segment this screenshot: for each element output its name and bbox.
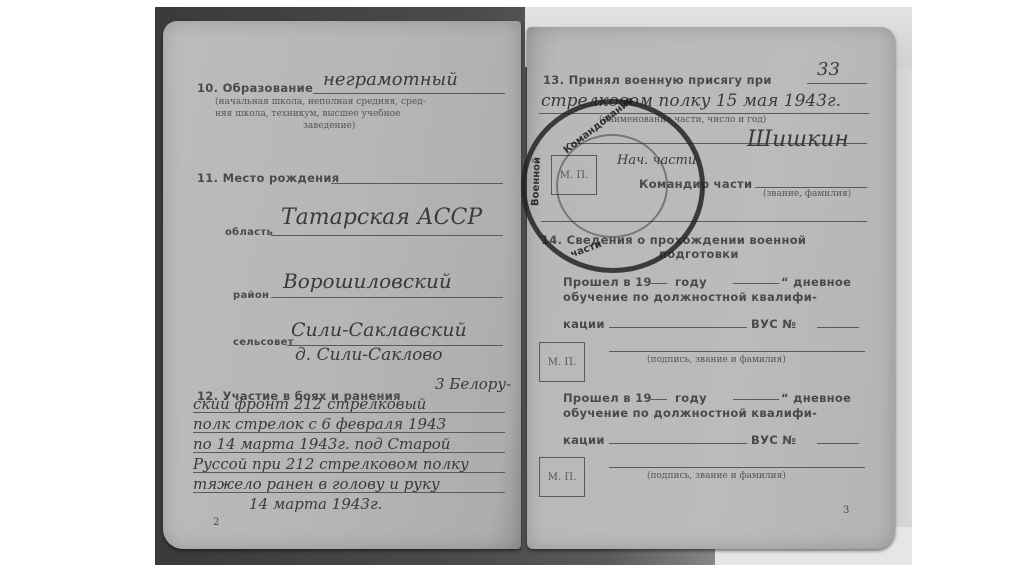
training-1-year-label: Прошел в 19 bbox=[563, 275, 652, 289]
training-2-seal-box: М. П. bbox=[539, 457, 585, 497]
training-2-qual-label: кации bbox=[563, 433, 605, 447]
oath-underline-1 bbox=[807, 83, 867, 84]
training-1-qual-label: кации bbox=[563, 317, 605, 331]
combat-line-6: тяжело ранен в голову и руку bbox=[193, 475, 440, 493]
training-2-year-blank bbox=[651, 399, 667, 400]
combat-line-7: 14 марта 1943г. bbox=[249, 495, 382, 513]
training-2-year-label: Прошел в 19 bbox=[563, 391, 652, 405]
page-number-left: 2 bbox=[213, 517, 219, 528]
training-1-line2: обучение по должностной квалифи- bbox=[563, 290, 817, 304]
oath-label: 13. Принял военную присягу при bbox=[543, 73, 772, 87]
commander-hint: (звание, фамилия) bbox=[763, 189, 851, 199]
training-2-seal-label: М. П. bbox=[548, 472, 577, 483]
combat-line-4: по 14 марта 1943г. под Старой bbox=[193, 435, 450, 453]
combat-underline-5 bbox=[193, 492, 505, 493]
education-hint-1: (начальная школа, неполная средняя, сред… bbox=[215, 97, 426, 107]
training-1-days-blank bbox=[733, 283, 779, 284]
combat-underline-1 bbox=[193, 412, 505, 413]
combat-line-2: ский фронт 212 стрелковый bbox=[193, 395, 426, 413]
region-value: Татарская АССР bbox=[281, 205, 482, 230]
training-1-days-label: “ дневное bbox=[781, 275, 851, 289]
region-underline bbox=[271, 235, 503, 236]
document-photo: 10. Образование неграмотный (начальная ш… bbox=[155, 7, 912, 565]
stamp-text-left: Военной bbox=[530, 157, 543, 206]
training-2-days-blank bbox=[733, 399, 779, 400]
training-2-qual-blank bbox=[609, 443, 747, 444]
oath-value-unit-number: 33 bbox=[817, 59, 840, 80]
education-hint-3: заведение) bbox=[303, 121, 355, 131]
training-2-vus-label: ВУС № bbox=[751, 433, 796, 447]
training-1-qual-blank bbox=[609, 327, 747, 328]
training-1-year-suffix: году bbox=[675, 275, 707, 289]
commander-underline bbox=[755, 187, 867, 188]
education-value: неграмотный bbox=[323, 69, 458, 90]
combat-underline-4 bbox=[193, 472, 505, 473]
education-underline bbox=[313, 93, 505, 94]
education-label: 10. Образование bbox=[197, 81, 313, 95]
stamp-text-bottom: части bbox=[569, 239, 603, 260]
village-value: д. Сили-Саклово bbox=[295, 345, 443, 365]
combat-underline-2 bbox=[193, 432, 505, 433]
training-1-year-blank bbox=[651, 283, 667, 284]
training-1-seal-box: М. П. bbox=[539, 342, 585, 382]
training-1-signature-hint: (подпись, звание и фамилия) bbox=[647, 355, 786, 365]
training-1-signature-line bbox=[609, 351, 865, 352]
education-hint-2: няя школа, техникум, высшее учебное bbox=[215, 109, 400, 119]
council-value: Сили-Саклавский bbox=[291, 319, 467, 341]
training-1-vus-label: ВУС № bbox=[751, 317, 796, 331]
district-underline bbox=[271, 297, 503, 298]
birthplace-label: 11. Место рождения bbox=[197, 171, 339, 185]
district-label: район bbox=[233, 290, 269, 301]
district-value: Ворошиловский bbox=[283, 269, 452, 293]
left-page: 10. Образование неграмотный (начальная ш… bbox=[163, 21, 521, 549]
birthplace-underline bbox=[331, 183, 503, 184]
combat-line-1: 3 Белору- bbox=[435, 375, 511, 393]
right-page: 13. Принял военную присягу при 33 стрелк… bbox=[527, 27, 895, 549]
training-2-signature-hint: (подпись, звание и фамилия) bbox=[647, 471, 786, 481]
official-stamp: Командование Военной части bbox=[521, 99, 705, 273]
page-number-right: 3 bbox=[843, 505, 849, 516]
combat-line-5: Руссой при 212 стрелковом полку bbox=[193, 455, 469, 473]
training-2-days-label: “ дневное bbox=[781, 391, 851, 405]
training-2-line2: обучение по должностной квалифи- bbox=[563, 406, 817, 420]
combat-underline-3 bbox=[193, 452, 505, 453]
council-label: сельсовет bbox=[233, 337, 294, 348]
training-2-year-suffix: году bbox=[675, 391, 707, 405]
combat-line-3: полк стрелок с 6 февраля 1943 bbox=[193, 415, 446, 433]
commander-signature: Шишкин bbox=[747, 127, 849, 152]
training-1-vus-blank bbox=[817, 327, 859, 328]
training-1-seal-label: М. П. bbox=[548, 357, 577, 368]
training-2-vus-blank bbox=[817, 443, 859, 444]
training-2-signature-line bbox=[609, 467, 865, 468]
region-label: область bbox=[225, 227, 273, 238]
